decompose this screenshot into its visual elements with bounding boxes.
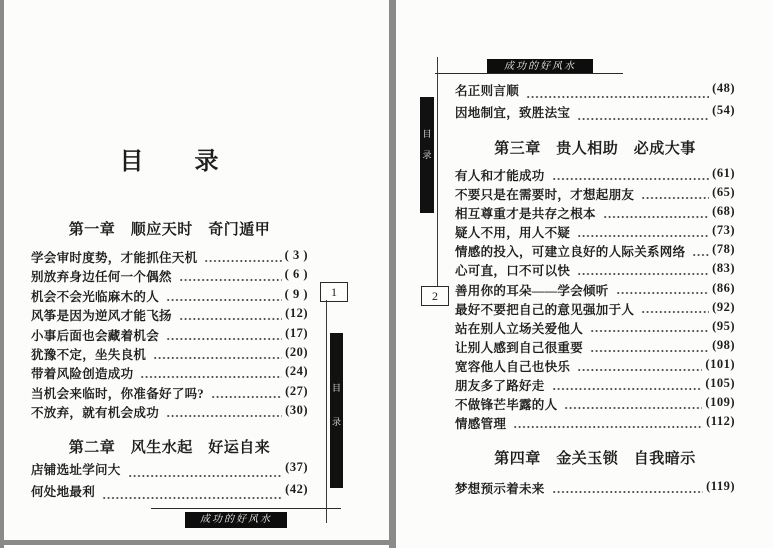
dot-leader xyxy=(102,482,282,504)
toc-entry-page: (83) xyxy=(712,261,735,280)
toc-entry-title: 有人和才能成功 xyxy=(455,166,545,185)
toc-entry-page: (27) xyxy=(285,384,308,403)
toc-entry-page: (12) xyxy=(285,306,308,325)
toc-entry-title: 带着风险创造成功 xyxy=(31,364,133,383)
toc-side-tab-right: 目录 xyxy=(420,97,434,213)
toc-entry: 因地制宜，致胜法宝 (54) xyxy=(455,103,735,125)
toc-entry-title: 小事后面也会藏着机会 xyxy=(31,326,159,345)
dot-leader xyxy=(577,223,709,242)
toc-entry: 犹豫不定，坐失良机 (20) xyxy=(31,345,308,364)
toc-entry-page: (109) xyxy=(705,395,735,414)
toc-entry-page: (65) xyxy=(712,185,735,204)
toc-entry: 小事后面也会藏着机会 (17) xyxy=(31,326,308,345)
toc-entry-title: 因地制宜，致胜法宝 xyxy=(455,103,570,125)
toc-entry-page: (30) xyxy=(285,403,308,422)
dot-leader xyxy=(179,306,282,325)
toc-entry: 梦想预示着未来 (119) xyxy=(455,479,735,498)
toc-entry-page: (37) xyxy=(285,460,308,482)
toc-entry-page: (92) xyxy=(712,300,735,319)
dot-leader xyxy=(552,376,703,395)
chapter-3-list: 有人和才能成功 (61) 不要只是在需要时，才想起朋友 (65) 相互尊重才是共… xyxy=(455,166,735,433)
dot-leader xyxy=(204,248,281,267)
dot-leader xyxy=(641,300,709,319)
chapter-2-list: 店铺选址学问大 (37) 何处地最利 (42) xyxy=(31,460,308,504)
dot-leader xyxy=(552,166,710,185)
toc-entry-title: 站在别人立场关爱他人 xyxy=(455,319,583,338)
toc-entry-title: 相互尊重才是共存之根本 xyxy=(455,204,596,223)
toc-entry-title: 不要只是在需要时，才想起朋友 xyxy=(455,185,634,204)
toc-entry-page: (119) xyxy=(706,479,735,498)
page-number-tab-2: 2 xyxy=(421,286,449,306)
toc-entry-title: 当机会来临时，你准备好了吗? xyxy=(31,384,204,403)
dot-leader xyxy=(166,326,282,345)
toc-entry-page: (112) xyxy=(706,414,735,433)
toc-side-tab-left: 目录 xyxy=(330,333,343,488)
toc-entry: 相互尊重才是共存之根本 (68) xyxy=(455,204,735,223)
toc-entry-title: 善用你的耳朵——学会倾听 xyxy=(455,281,609,300)
dot-leader xyxy=(616,281,710,300)
chapter-4-list: 梦想预示着未来 (119) xyxy=(455,479,735,498)
chapter-1-heading: 第一章 顺应天时 奇门遁甲 xyxy=(31,218,308,239)
toc-entry: 站在别人立场关爱他人 (95) xyxy=(455,319,735,338)
toc-entry-page: (54) xyxy=(712,103,735,125)
chapter-3-heading: 第三章 贵人相助 必成大事 xyxy=(455,137,735,158)
dot-leader xyxy=(564,395,702,414)
chapter-1-list: 学会审时度势，才能抓住天机 ( 3 ) 别放弃身边任何一个偶然 ( 6 ) 机会… xyxy=(31,248,308,423)
toc-entry-title: 情感管理 xyxy=(455,414,506,433)
toc-entry-page: ( 6 ) xyxy=(285,267,308,286)
footer-rule xyxy=(151,508,341,509)
toc-entry: 店铺选址学问大 (37) xyxy=(31,460,308,482)
toc-entry-page: (42) xyxy=(285,482,308,504)
dot-leader xyxy=(552,479,704,498)
scan-border-bottom xyxy=(0,540,390,545)
toc-entry-page: (68) xyxy=(712,204,735,223)
toc-entry-page: ( 9 ) xyxy=(285,287,308,306)
toc-entry-page: (86) xyxy=(712,281,735,300)
toc-entry-title: 不做锋芒毕露的人 xyxy=(455,395,557,414)
toc-entry: 疑人不用，用人不疑 (73) xyxy=(455,223,735,242)
dot-leader xyxy=(128,460,283,482)
toc-entry: 心可直，口不可以快 (83) xyxy=(455,261,735,280)
toc-entry: 机会不会光临麻木的人 ( 9 ) xyxy=(31,287,308,306)
toc-entry-title: 最好不要把自己的意见强加于人 xyxy=(455,300,634,319)
book-spread-scan: 目 录 第一章 顺应天时 奇门遁甲 学会审时度势，才能抓住天机 ( 3 ) 别放… xyxy=(0,0,774,548)
dot-leader xyxy=(603,204,709,223)
margin-line-right-page xyxy=(437,57,438,286)
dot-leader xyxy=(692,242,709,261)
toc-entry: 情感的投入，可建立良好的人际关系网络 (78) xyxy=(455,242,735,261)
toc-entry-page: (17) xyxy=(285,326,308,345)
toc-entry-title: 店铺选址学问大 xyxy=(31,460,121,482)
book-title-banner-header: 成功的好风水 xyxy=(487,59,593,74)
toc-entry-title: 风筝是因为逆风才能飞扬 xyxy=(31,306,172,325)
page-gutter-divider xyxy=(389,0,396,548)
toc-entry-page: (20) xyxy=(285,345,308,364)
dot-leader xyxy=(577,103,709,125)
toc-entry-title: 犹豫不定，坐失良机 xyxy=(31,345,146,364)
toc-entry: 不要只是在需要时，才想起朋友 (65) xyxy=(455,185,735,204)
toc-entry-title: 心可直，口不可以快 xyxy=(455,261,570,280)
dot-leader xyxy=(590,319,709,338)
toc-entry-page: (61) xyxy=(712,166,735,185)
toc-entry: 情感管理 (112) xyxy=(455,414,735,433)
toc-entry: 风筝是因为逆风才能飞扬 (12) xyxy=(31,306,308,325)
toc-entry-title: 情感的投入，可建立良好的人际关系网络 xyxy=(455,242,685,261)
dot-leader xyxy=(526,81,709,103)
toc-entry-title: 宽容他人自己也快乐 xyxy=(455,357,570,376)
toc-entry: 带着风险创造成功 (24) xyxy=(31,364,308,383)
toc-entry-title: 别放弃身边任何一个偶然 xyxy=(31,267,172,286)
chapter-4-heading: 第四章 金关玉锁 自我暗示 xyxy=(455,447,735,468)
toc-entry-page: (95) xyxy=(712,319,735,338)
dot-leader xyxy=(211,384,282,403)
toc-entry: 让别人感到自己很重要 (98) xyxy=(455,338,735,357)
toc-entry-title: 不放弃，就有机会成功 xyxy=(31,403,159,422)
toc-entry-title: 梦想预示着未来 xyxy=(455,479,545,498)
toc-entry-title: 名正则言顺 xyxy=(455,81,519,103)
toc-title: 目 录 xyxy=(31,141,308,176)
toc-entry: 朋友多了路好走 (105) xyxy=(455,376,735,395)
toc-entry-page: (101) xyxy=(705,357,735,376)
toc-entry-page: (105) xyxy=(705,376,735,395)
toc-entry-page: (98) xyxy=(712,338,735,357)
toc-entry: 名正则言顺 (48) xyxy=(455,81,735,103)
dot-leader xyxy=(153,345,282,364)
toc-entry-page: (24) xyxy=(285,364,308,383)
dot-leader xyxy=(166,287,282,306)
right-page: 成功的好风水 目录 2 名正则言顺 (48) 因地制宜，致胜法宝 (54) 第三… xyxy=(396,0,774,548)
toc-entry-title: 朋友多了路好走 xyxy=(455,376,545,395)
toc-entry: 善用你的耳朵——学会倾听 (86) xyxy=(455,281,735,300)
toc-entry: 不放弃，就有机会成功 (30) xyxy=(31,403,308,422)
margin-line-left-page xyxy=(326,300,327,523)
toc-entry-page: (78) xyxy=(712,242,735,261)
chapter-2-continued-list: 名正则言顺 (48) 因地制宜，致胜法宝 (54) xyxy=(455,81,735,125)
dot-leader xyxy=(179,267,282,286)
toc-entry-title: 疑人不用，用人不疑 xyxy=(455,223,570,242)
toc-entry: 当机会来临时，你准备好了吗? (27) xyxy=(31,384,308,403)
dot-leader xyxy=(641,185,709,204)
toc-entry-title: 何处地最利 xyxy=(31,482,95,504)
toc-entry: 别放弃身边任何一个偶然 ( 6 ) xyxy=(31,267,308,286)
toc-entry-title: 机会不会光临麻木的人 xyxy=(31,287,159,306)
dot-leader xyxy=(590,338,709,357)
dot-leader xyxy=(577,261,709,280)
dot-leader xyxy=(140,364,282,383)
toc-entry-title: 学会审时度势，才能抓住天机 xyxy=(31,248,197,267)
toc-entry: 有人和才能成功 (61) xyxy=(455,166,735,185)
toc-entry: 学会审时度势，才能抓住天机 ( 3 ) xyxy=(31,248,308,267)
dot-leader xyxy=(166,403,282,422)
dot-leader xyxy=(513,414,703,433)
toc-entry-title: 让别人感到自己很重要 xyxy=(455,338,583,357)
header-rule xyxy=(435,73,623,74)
toc-entry-page: ( 3 ) xyxy=(285,248,308,267)
page-number-tab-1: 1 xyxy=(320,282,348,302)
toc-entry: 何处地最利 (42) xyxy=(31,482,308,504)
dot-leader xyxy=(577,357,702,376)
left-page: 目 录 第一章 顺应天时 奇门遁甲 学会审时度势，才能抓住天机 ( 3 ) 别放… xyxy=(4,0,389,540)
toc-entry-page: (73) xyxy=(712,223,735,242)
toc-entry-page: (48) xyxy=(712,81,735,103)
book-title-banner-footer: 成功的好风水 xyxy=(185,512,287,528)
toc-entry: 最好不要把自己的意见强加于人 (92) xyxy=(455,300,735,319)
toc-entry: 不做锋芒毕露的人 (109) xyxy=(455,395,735,414)
toc-entry: 宽容他人自己也快乐 (101) xyxy=(455,357,735,376)
chapter-2-heading: 第二章 风生水起 好运自来 xyxy=(31,436,308,457)
